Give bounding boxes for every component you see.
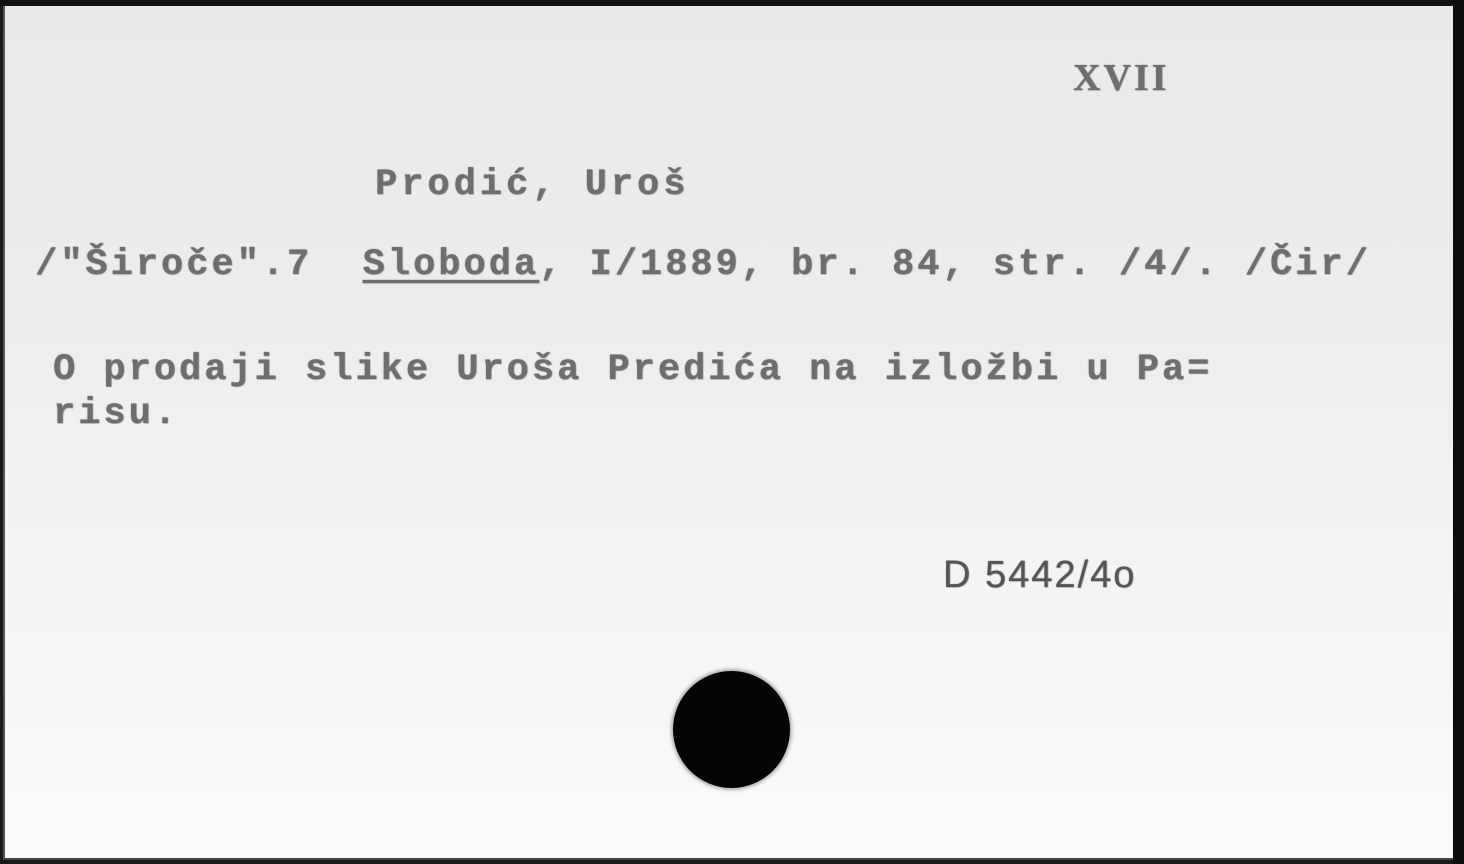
entry-source: Sloboda (363, 244, 539, 286)
entry-details: , I/1889, br. 84, str. /4/. /Čir/ (539, 244, 1371, 286)
entry-title: /"Široče".7 (35, 244, 312, 286)
punch-hole (673, 671, 790, 788)
call-number: D 5442/4o (943, 554, 1136, 597)
card-heading: Prodić, Uroš (375, 164, 689, 206)
section-number: XVII (1073, 56, 1169, 100)
scan-right-edge (1453, 0, 1464, 864)
description-line: risu. (53, 392, 1212, 436)
bibliographic-entry: /"Široče".7 Sloboda, I/1889, br. 84, str… (35, 244, 1371, 286)
description: O prodaji slike Uroša Predića na izložbi… (53, 348, 1212, 436)
description-line: O prodaji slike Uroša Predića na izložbi… (53, 348, 1212, 392)
